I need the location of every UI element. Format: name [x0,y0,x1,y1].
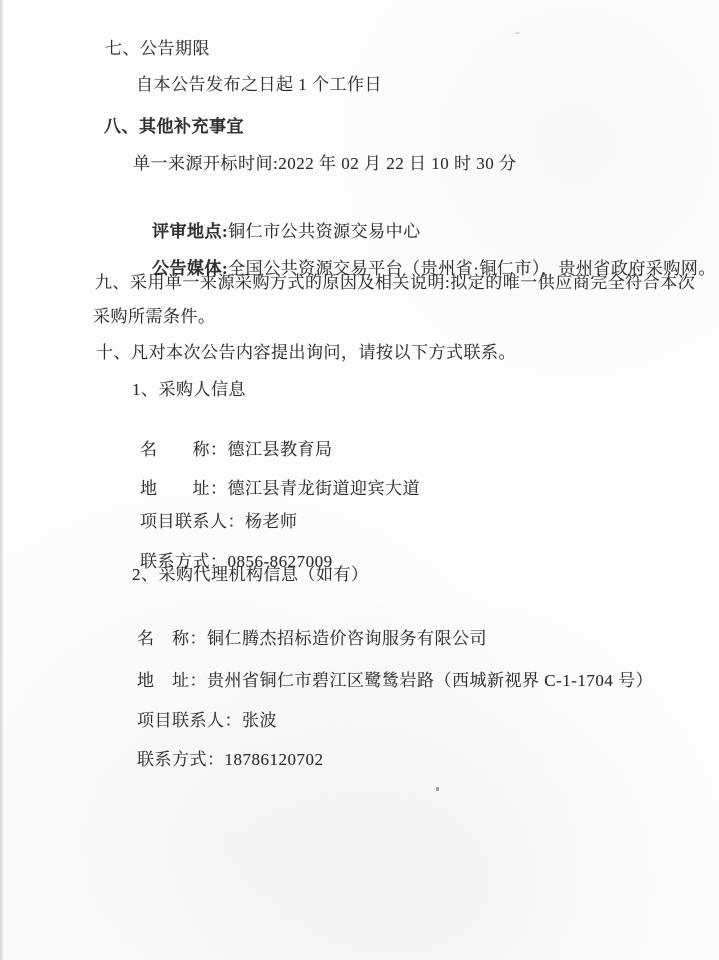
agency-name-label: 名 称： [137,629,207,648]
section-7-heading: 七、公告期限 [105,38,210,60]
scanned-document-page: 七、公告期限 自本公告发布之日起 1 个工作日 八、其他补充事宜 单一来源开标时… [0,0,719,960]
section-7-body: 自本公告发布之日起 1 个工作日 [136,74,382,96]
agency-name-value: 铜仁腾杰招标造价咨询服务有限公司 [207,629,487,648]
section-9-text-line2: 采购所需条件。 [93,306,216,328]
open-time-line: 单一来源开标时间:2022 年 02 月 22 日 10 时 30 分 [133,153,516,175]
section-8-heading: 八、其他补充事宜 [104,116,244,138]
purchaser-title: 1、采购人信息 [132,379,246,401]
scan-edge-shadow [0,0,4,960]
section-9-text-line1: 九、采用单一来源采购方式的原因及相关说明:拟定的唯一供应商完全符合本次 [95,272,695,294]
agency-title: 2、采购代理机构信息（如有） [132,564,369,586]
agency-phone-label: 联系方式： [137,750,225,769]
scan-speck [515,32,520,34]
section-10-heading: 十、凡对本次公告内容提出询问，请按以下方式联系。 [96,342,516,364]
scan-speck [436,787,439,791]
agency-phone-value: 18786120702 [225,750,324,769]
agency-phone-line: 联系方式：18786120702 [118,727,324,793]
